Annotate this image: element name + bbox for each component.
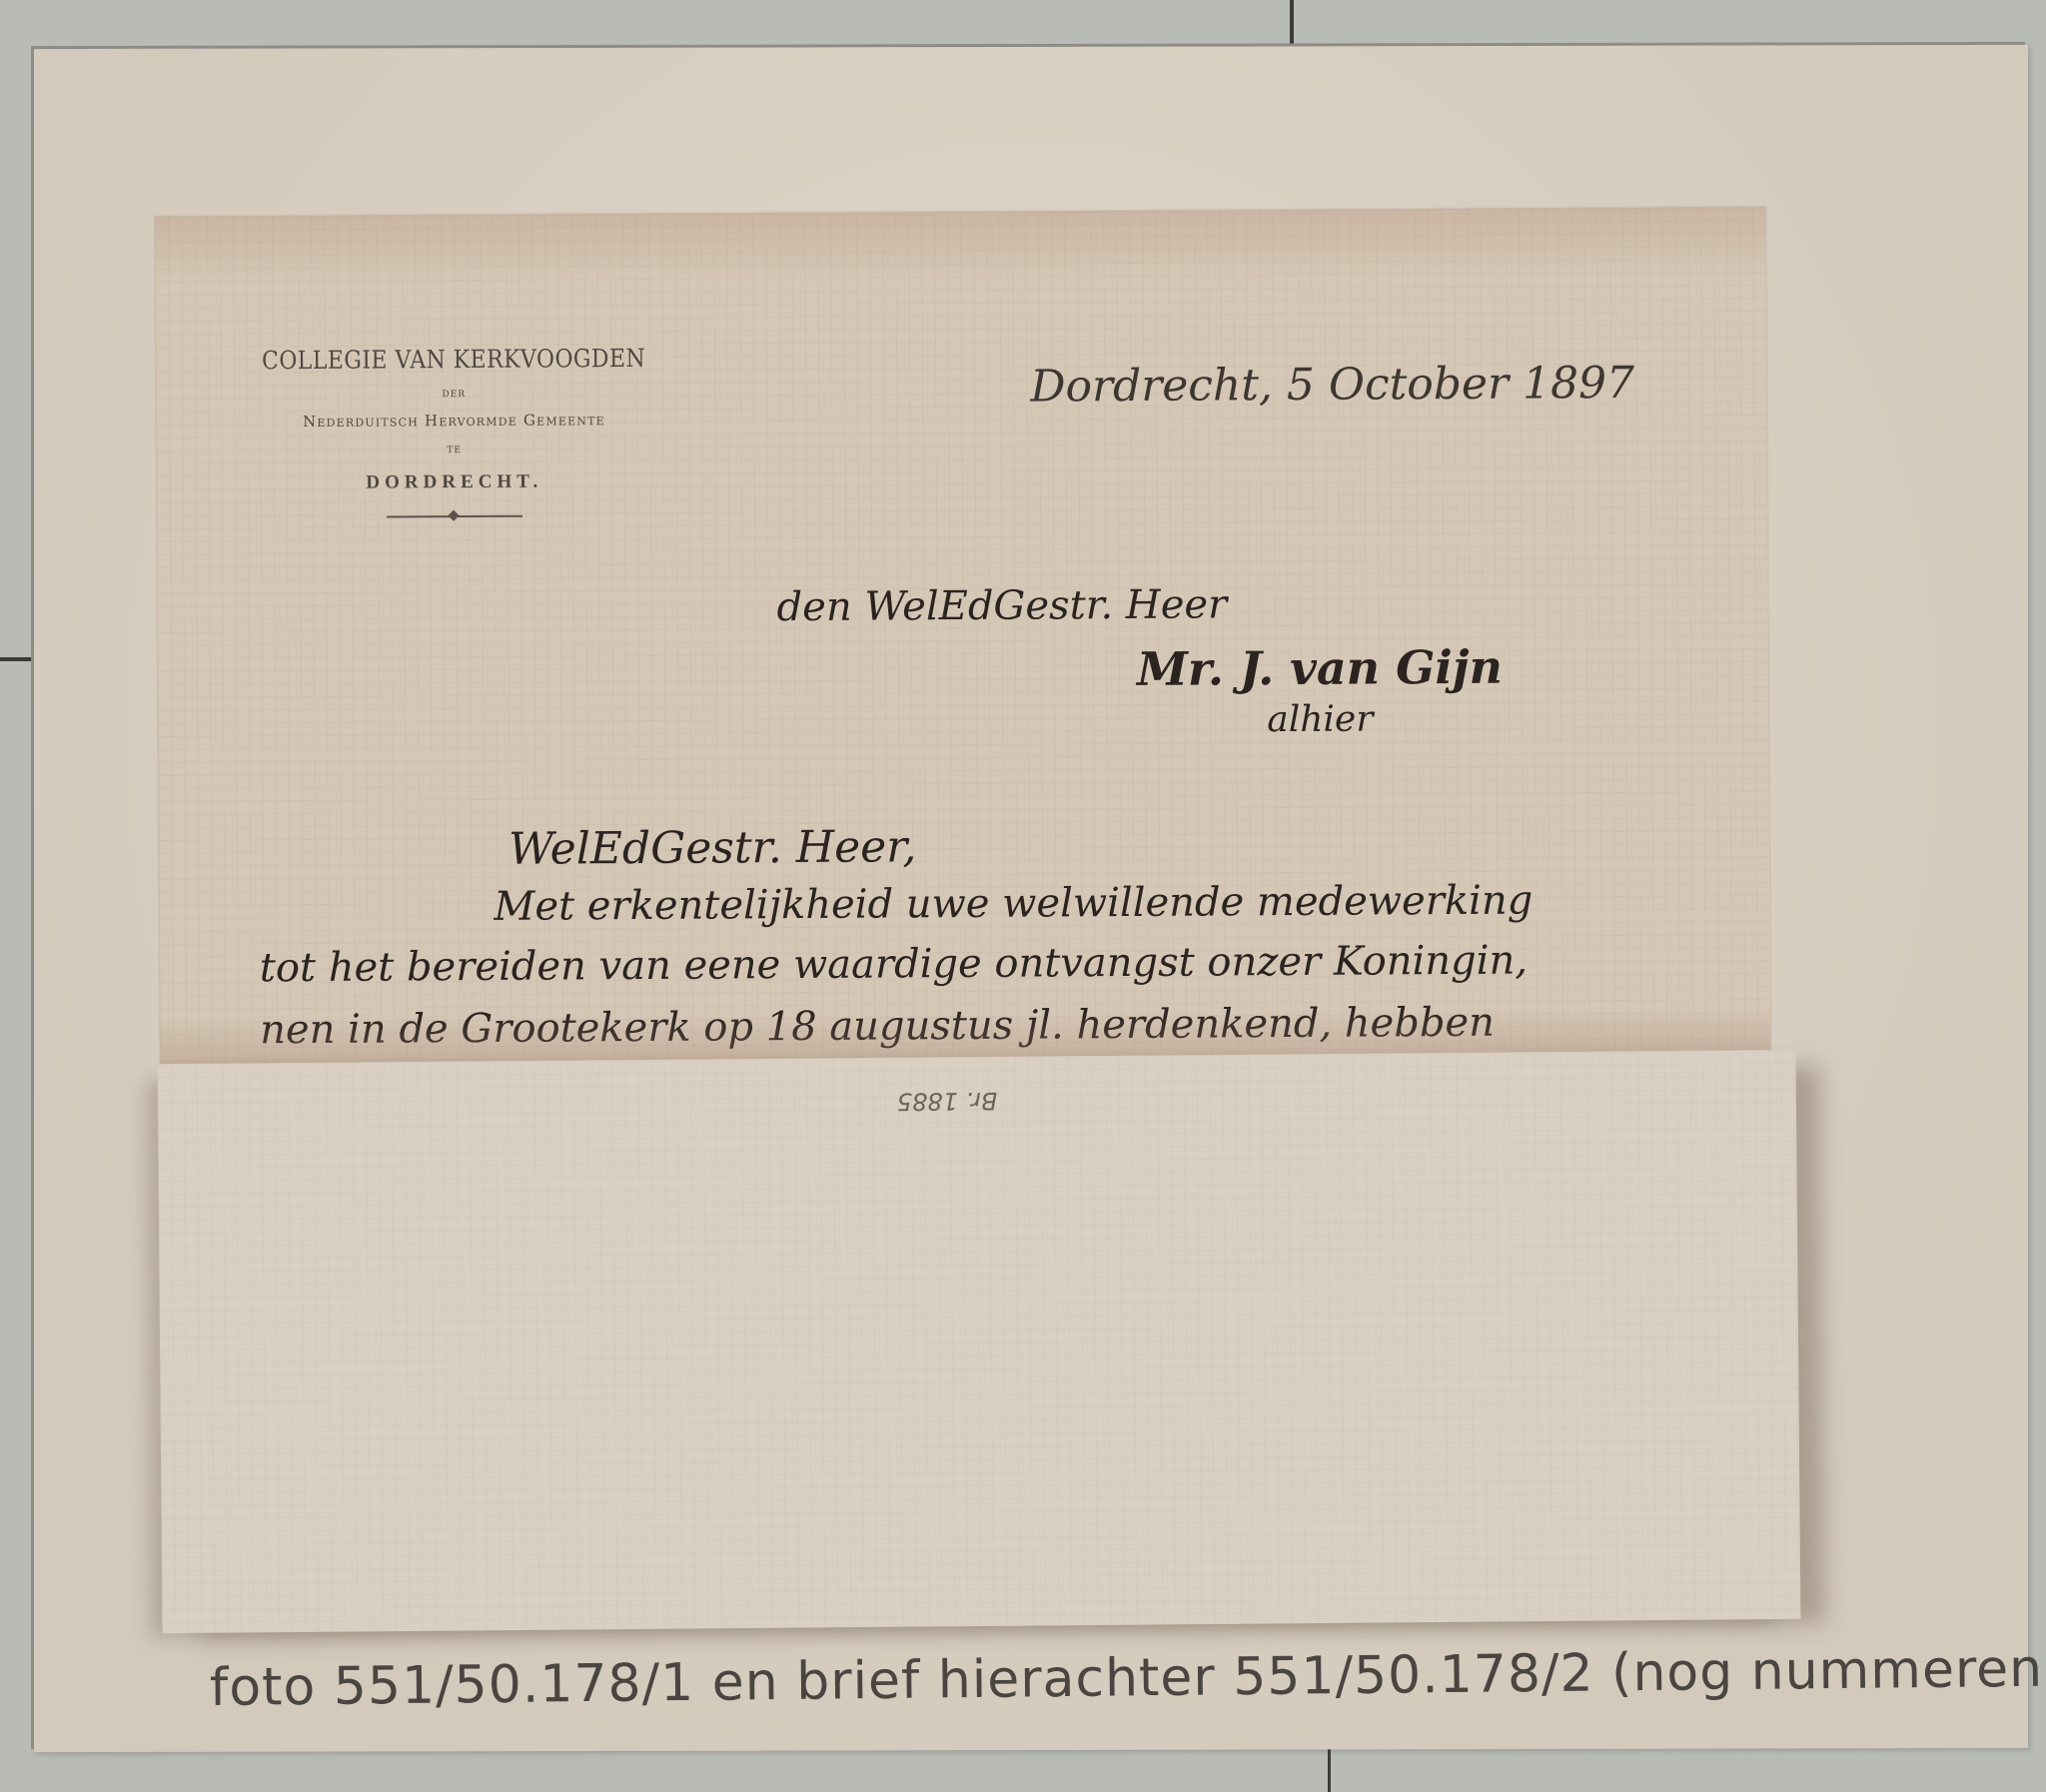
body-line-2: tot het bereiden van eene waardige ontva… <box>260 938 1528 992</box>
archive-reference: Br. 1885 <box>897 1087 998 1116</box>
board-line <box>1328 1744 1331 1792</box>
address-line-3: alhier <box>1267 698 1373 740</box>
letterhead-congregation: Nederduitsch Hervormde Gemeente <box>234 411 673 432</box>
letterhead-te: TE <box>235 445 674 457</box>
body-line-1: Met erkentelijkheid uwe welwillende mede… <box>494 878 1533 930</box>
salutation: WelEdGestr. Heer, <box>509 821 917 874</box>
letter-sheet: COLLEGIE VAN KERKVOOGDEN DER Nederduitsc… <box>155 207 1771 1136</box>
letterhead: COLLEGIE VAN KERKVOOGDEN DER Nederduitsc… <box>234 344 674 519</box>
address-line-2: Mr. J. van Gijn <box>1137 640 1503 696</box>
letter-date: Dordrecht, 5 October 1897 <box>1030 358 1634 413</box>
address-line-1: den WelEdGestr. Heer <box>776 581 1227 630</box>
board-line <box>1290 0 1294 44</box>
letterhead-der: DER <box>234 389 673 402</box>
letterhead-city: DORDRECHT. <box>235 470 674 495</box>
letterhead-ornament-rule <box>387 515 522 518</box>
folded-flap: Br. 1885 <box>158 1050 1801 1633</box>
letterhead-title: COLLEGIE VAN KERKVOOGDEN <box>260 344 646 375</box>
